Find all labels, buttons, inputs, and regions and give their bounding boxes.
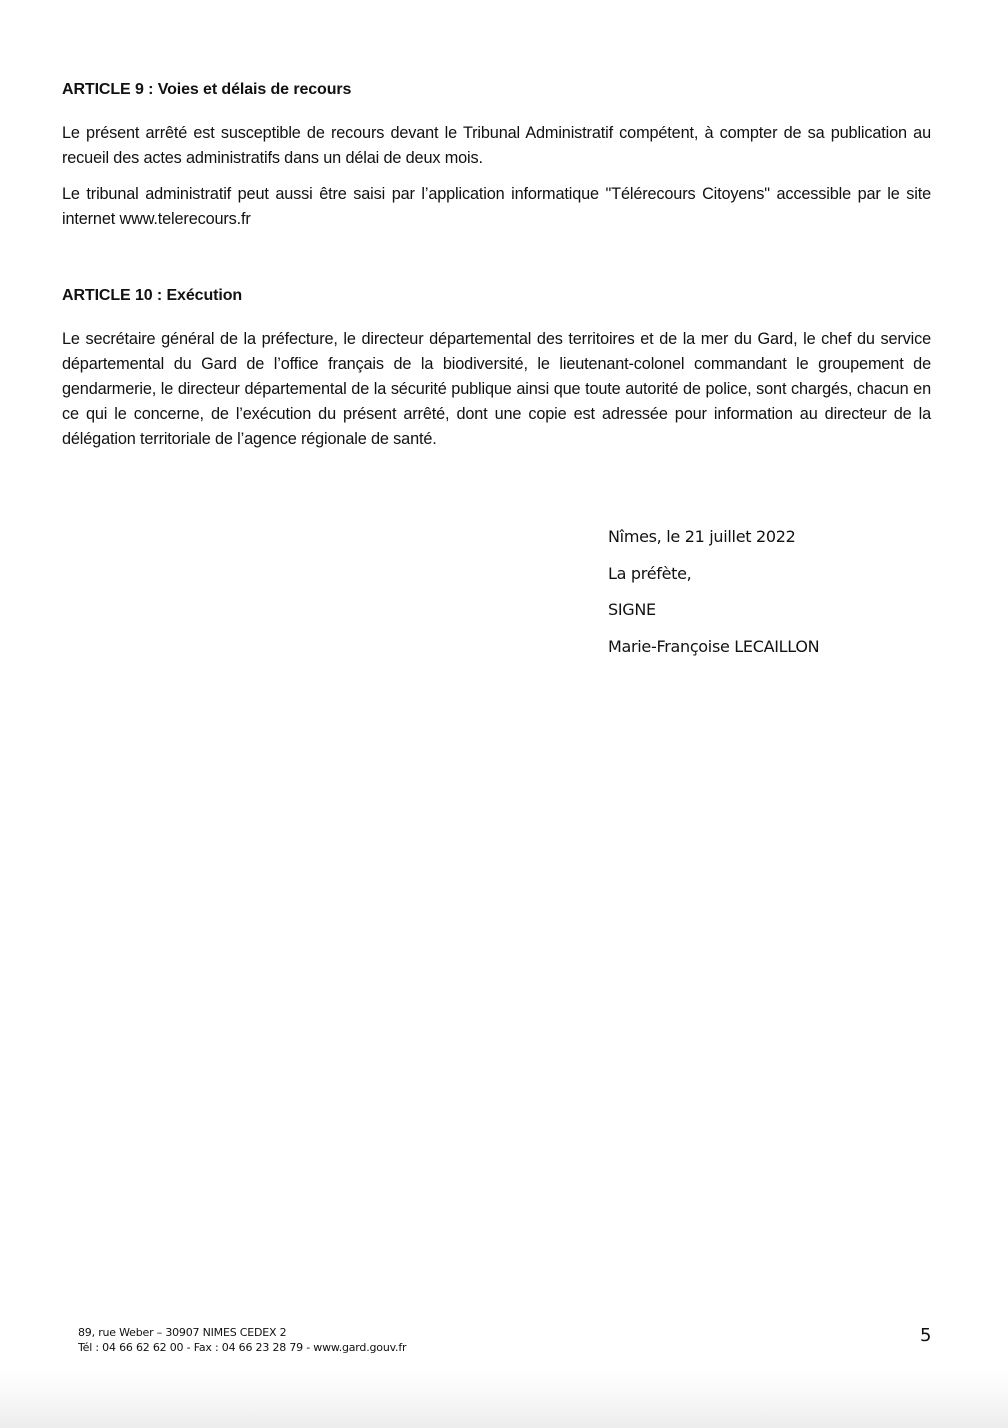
article-9-paragraph-2: Le tribunal administratif peut aussi êtr… [62, 182, 931, 232]
article-10-paragraph-1: Le secrétaire général de la préfecture, … [62, 327, 931, 452]
signatory-name: Marie-Françoise LECAILLON [608, 637, 819, 656]
signature-mention: SIGNE [608, 600, 656, 619]
article-9-paragraph-1: Le présent arrêté est susceptible de rec… [62, 121, 931, 171]
page-bottom-shadow [0, 1368, 1008, 1428]
signature-title: La préfète, [608, 564, 691, 583]
article-10-heading: ARTICLE 10 : Exécution [62, 287, 242, 305]
page-number: 5 [920, 1325, 931, 1346]
document-page: ARTICLE 9 : Voies et délais de recours L… [0, 0, 1008, 1428]
signature-place-date: Nîmes, le 21 juillet 2022 [608, 527, 796, 546]
article-9-heading: ARTICLE 9 : Voies et délais de recours [62, 81, 351, 99]
footer-contact: Tél : 04 66 62 62 00 - Fax : 04 66 23 28… [78, 1340, 406, 1355]
footer-address-block: 89, rue Weber – 30907 NIMES CEDEX 2 Tél … [78, 1325, 406, 1355]
footer-address: 89, rue Weber – 30907 NIMES CEDEX 2 [78, 1325, 406, 1340]
